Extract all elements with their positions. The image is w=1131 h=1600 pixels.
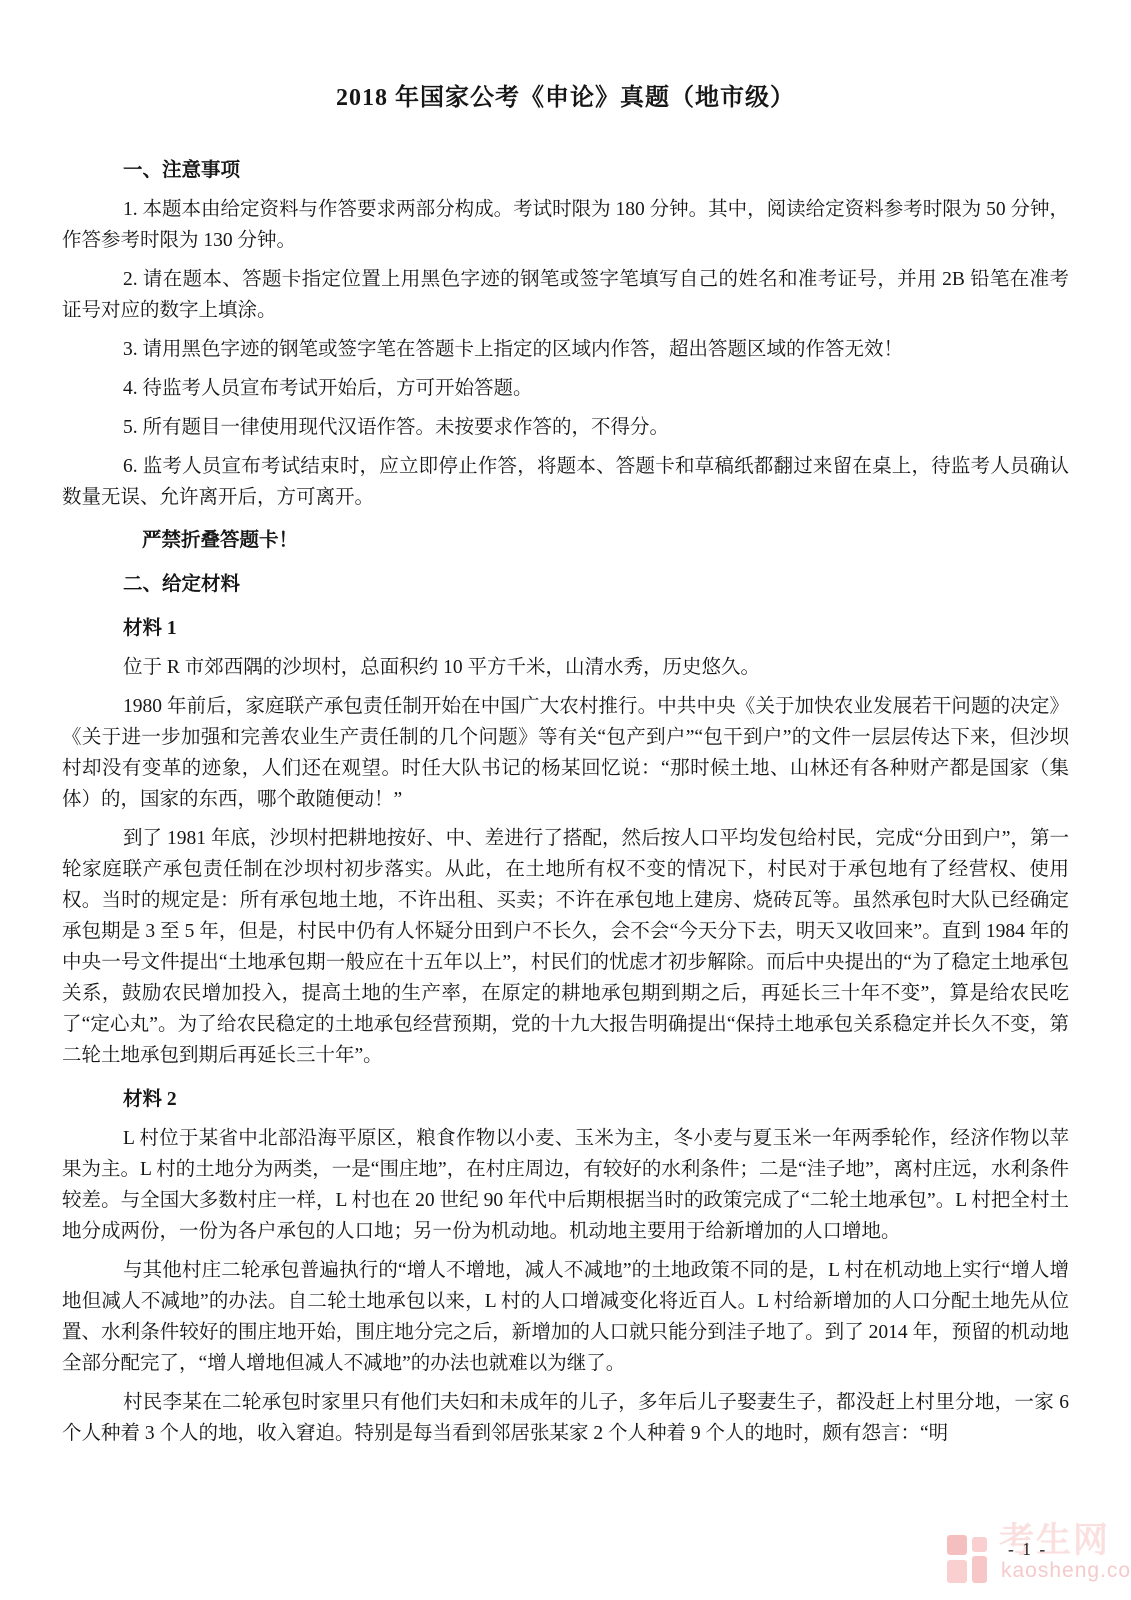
page-number: - 1 -: [1008, 1539, 1047, 1560]
material-2-paragraph-1: L 村位于某省中北部沿海平原区，粮食作物以小麦、玉米为主，冬小麦与夏玉米一年两季…: [62, 1123, 1069, 1247]
warning-text: 严禁折叠答题卡！: [62, 525, 1069, 556]
logo-block-icon: [947, 1560, 967, 1583]
notice-heading: 一、注意事项: [62, 156, 1069, 186]
document-content: 2018 年国家公考《申论》真题（地市级） 一、注意事项 1. 本题本由给定资料…: [62, 0, 1069, 1457]
notice-section: 一、注意事项 1. 本题本由给定资料与作答要求两部分构成。考试时限为 180 分…: [62, 156, 1069, 556]
kaosheng-watermark: 考生网 kaosheng.com: [933, 1522, 1131, 1600]
material-1-title: 材料 1: [62, 614, 1069, 644]
material-2-paragraph-3: 村民李某在二轮承包时家里只有他们夫妇和未成年的儿子，多年后儿子娶妻生子，都没赶上…: [62, 1387, 1069, 1449]
materials-section: 二、给定材料 材料 1 位于 R 市郊西隅的沙坝村，总面积约 10 平方千米，山…: [62, 570, 1069, 1449]
notice-item-1: 1. 本题本由给定资料与作答要求两部分构成。考试时限为 180 分钟。其中，阅读…: [62, 194, 1069, 256]
material-1-paragraph-2: 1980 年前后，家庭联产承包责任制开始在中国广大农村推行。中共中央《关于加快农…: [62, 691, 1069, 815]
watermark-site-url: kaosheng.com: [1001, 1560, 1131, 1582]
logo-block-icon: [972, 1537, 987, 1552]
logo-block-icon: [947, 1535, 967, 1555]
kaosheng-logo-icon: [947, 1535, 991, 1585]
logo-block-icon: [972, 1556, 987, 1583]
material-1-paragraph-3: 到了 1981 年底，沙坝村把耕地按好、中、差进行了搭配，然后按人口平均发包给村…: [62, 823, 1069, 1071]
notice-item-4: 4. 待监考人员宣布考试开始后，方可开始答题。: [62, 373, 1069, 404]
page-title: 2018 年国家公考《申论》真题（地市级）: [62, 0, 1069, 114]
notice-item-6: 6. 监考人员宣布考试结束时，应立即停止作答，将题本、答题卡和草稿纸都翻过来留在…: [62, 451, 1069, 513]
material-2-title: 材料 2: [62, 1085, 1069, 1115]
document-page: 2018 年国家公考《申论》真题（地市级） 一、注意事项 1. 本题本由给定资料…: [0, 0, 1131, 1600]
notice-item-3: 3. 请用黑色字迹的钢笔或签字笔在答题卡上指定的区域内作答，超出答题区域的作答无…: [62, 334, 1069, 365]
notice-item-2: 2. 请在题本、答题卡指定位置上用黑色字迹的钢笔或签字笔填写自己的姓名和准考证号…: [62, 264, 1069, 326]
materials-heading: 二、给定材料: [62, 570, 1069, 600]
material-1-paragraph-1: 位于 R 市郊西隅的沙坝村，总面积约 10 平方千米，山清水秀，历史悠久。: [62, 652, 1069, 683]
notice-item-5: 5. 所有题目一律使用现代汉语作答。未按要求作答的，不得分。: [62, 412, 1069, 443]
material-2-paragraph-2: 与其他村庄二轮承包普遍执行的“增人不增地，减人不减地”的土地政策不同的是，L 村…: [62, 1255, 1069, 1379]
